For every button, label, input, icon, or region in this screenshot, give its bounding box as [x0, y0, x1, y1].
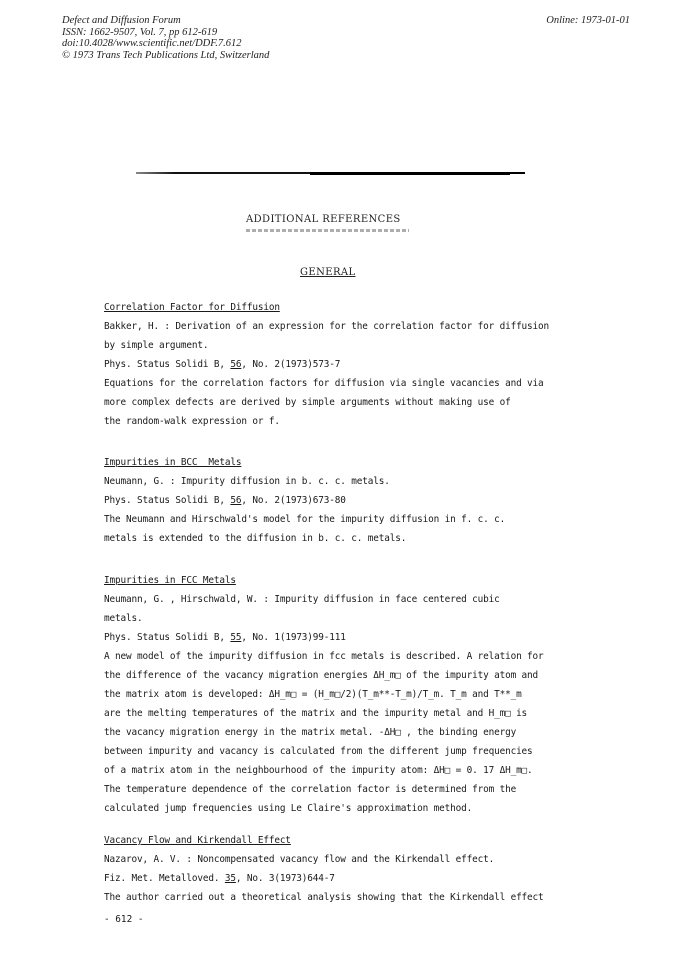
doi-line: doi:10.4028/www.scientific.net/DDF.7.612: [62, 38, 269, 50]
abstract-line: The temperature dependence of the correl…: [104, 780, 574, 799]
abstract-line: calculated jump frequencies using Le Cla…: [104, 799, 574, 818]
section-heading: Impurities in BCC Metals: [104, 453, 574, 472]
abstract-line: the vacancy migration energy in the matr…: [104, 723, 574, 742]
copyright-line: © 1973 Trans Tech Publications Ltd, Swit…: [62, 50, 269, 62]
abstract-line: The Neumann and Hirschwald's model for t…: [104, 510, 574, 529]
abstract-line: The author carried out a theoretical ana…: [104, 888, 574, 907]
reference-section: Vacancy Flow and Kirkendall Effect Nazar…: [104, 831, 574, 907]
author-title-line: Neumann, G. : Impurity diffusion in b. c…: [104, 472, 574, 491]
abstract-line: A new model of the impurity diffusion in…: [104, 647, 574, 666]
author-title-line: Bakker, H. : Derivation of an expression…: [104, 317, 574, 336]
citation-line: Phys. Status Solidi B, 55, No. 1(1973)99…: [104, 628, 574, 647]
citation-line: Phys. Status Solidi B, 56, No. 2(1973)57…: [104, 355, 574, 374]
abstract-line: metals is extended to the diffusion in b…: [104, 529, 574, 548]
volume-number: 56: [230, 495, 241, 506]
volume-number: 55: [230, 632, 241, 643]
author-title-line: Neumann, G. , Hirschwald, W. : Impurity …: [104, 590, 574, 609]
section-subtitle: GENERAL: [300, 267, 356, 278]
volume-number: 35: [225, 873, 236, 884]
abstract-line: the difference of the vacancy migration …: [104, 666, 574, 685]
volume-number: 56: [230, 359, 241, 370]
author-title-line: Nazarov, A. V. : Noncompensated vacancy …: [104, 850, 574, 869]
section-heading: Impurities in FCC Metals: [104, 571, 574, 590]
journal-name: Defect and Diffusion Forum: [62, 15, 269, 27]
abstract-line: are the melting temperatures of the matr…: [104, 704, 574, 723]
abstract-line: the matrix atom is developed: ΔH_m□ = (H…: [104, 685, 574, 704]
reference-section: Impurities in FCC Metals Neumann, G. , H…: [104, 571, 574, 818]
abstract-line: between impurity and vacancy is calculat…: [104, 742, 574, 761]
section-heading: Correlation Factor for Diffusion: [104, 298, 574, 317]
reference-section: Correlation Factor for Diffusion Bakker,…: [104, 298, 574, 431]
title-underline: [246, 229, 409, 232]
abstract-line: more complex defects are derived by simp…: [104, 393, 574, 412]
abstract-line: the random-walk expression or f.: [104, 412, 574, 431]
online-date: Online: 1973-01-01: [546, 15, 630, 26]
page-title: ADDITIONAL REFERENCES: [246, 214, 401, 225]
abstract-line: of a matrix atom in the neighbourhood of…: [104, 761, 574, 780]
citation-line: Phys. Status Solidi B, 56, No. 2(1973)67…: [104, 491, 574, 510]
page-number: - 612 -: [104, 914, 144, 925]
citation-line: Fiz. Met. Metalloved. 35, No. 3(1973)644…: [104, 869, 574, 888]
issn-line: ISSN: 1662-9507, Vol. 7, pp 612-619: [62, 27, 269, 39]
author-title-line: by simple argument.: [104, 336, 574, 355]
author-title-line: metals.: [104, 609, 574, 628]
horizontal-rule-thick: [310, 172, 510, 175]
section-heading: Vacancy Flow and Kirkendall Effect: [104, 831, 574, 850]
abstract-line: Equations for the correlation factors fo…: [104, 374, 574, 393]
journal-masthead: Defect and Diffusion Forum ISSN: 1662-95…: [62, 15, 269, 61]
reference-section: Impurities in BCC Metals Neumann, G. : I…: [104, 453, 574, 548]
